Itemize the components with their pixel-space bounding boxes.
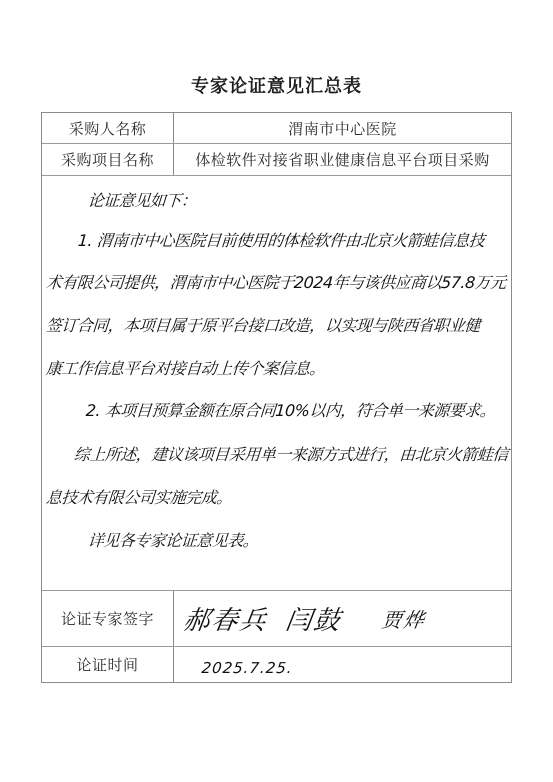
purchaser-row: 采购人名称 渭南市中心医院 (42, 113, 511, 144)
page-title: 专家论证意见汇总表 (0, 72, 553, 98)
purchaser-value: 渭南市中心医院 (174, 113, 511, 143)
date-label: 论证时间 (42, 647, 174, 682)
opinion-line-8: 详见各专家论证意见表。 (87, 528, 259, 551)
opinion-line-1: 1. 渭南市中心医院目前使用的体检软件由北京火箭蛙信息技 (77, 228, 485, 251)
date-value: 2025.7.25. (200, 647, 295, 682)
signature-group: 郝春兵 闫鼓 贾烨 (184, 591, 511, 646)
purchaser-label: 采购人名称 (42, 113, 174, 143)
expert-opinion-table: 采购人名称 渭南市中心医院 采购项目名称 体检软件对接省职业健康信息平台项目采购… (41, 112, 512, 683)
project-label: 采购项目名称 (42, 144, 174, 175)
project-row: 采购项目名称 体检软件对接省职业健康信息平台项目采购 (42, 144, 511, 176)
opinion-line-6: 综上所述，建议该项目采用单一来源方式进行，由北京火箭蛙信 (73, 442, 509, 465)
opinion-line-7: 息技术有限公司实施完成。 (45, 485, 233, 508)
opinion-line-5: 2. 本项目预算金额在原合同10%以内，符合单一来源要求。 (85, 398, 496, 421)
project-value: 体检软件对接省职业健康信息平台项目采购 (174, 144, 511, 175)
expert-signature-3: 贾烨 (380, 604, 428, 633)
opinion-section: 论证意见如下： 1. 渭南市中心医院目前使用的体检软件由北京火箭蛙信息技 术有限… (42, 176, 511, 591)
signature-label: 论证专家签字 (42, 591, 174, 646)
signature-row: 论证专家签字 郝春兵 闫鼓 贾烨 (42, 591, 511, 647)
opinion-heading: 论证意见如下： (87, 188, 197, 211)
opinion-line-3: 签订合同，本项目属于原平台接口改造，以实现与陕西省职业健 (45, 313, 481, 336)
expert-signature-1: 郝春兵 (181, 600, 270, 637)
expert-signature-2: 闫鼓 (283, 600, 344, 637)
opinion-line-4: 康工作信息平台对接自动上传个案信息。 (45, 356, 326, 379)
date-row: 论证时间 2025.7.25. (42, 647, 511, 682)
opinion-line-2: 术有限公司提供，渭南市中心医院于2024年与该供应商以57.8万元 (45, 270, 506, 293)
